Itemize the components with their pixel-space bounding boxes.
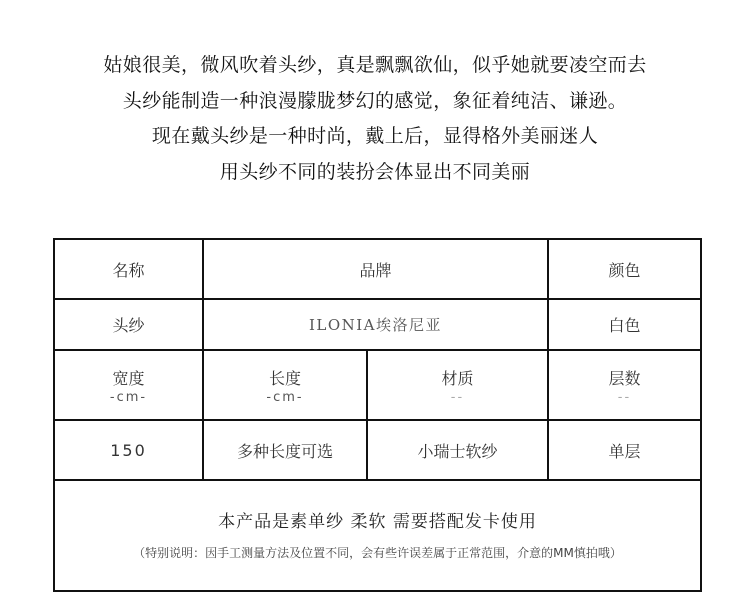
intro-line-3: 现在戴头纱是一种时尚，戴上后，显得格外美丽迷人 [0, 119, 750, 155]
width-unit: -cm- [110, 390, 147, 405]
cell-note: 本产品是素单纱 柔软 需要搭配发卡使用 （特别说明：因手工测量方法及位置不同，会… [55, 481, 700, 590]
header-cell-color: 颜色 [547, 240, 700, 298]
measurement-disclaimer: （特别说明：因手工测量方法及位置不同，会有些许误差属于正常范围，介意的MM慎拍哦… [133, 544, 622, 561]
width-value: 150 [110, 441, 147, 460]
cell-width-header: 宽度 -cm- [55, 351, 202, 419]
color-label: 颜色 [608, 258, 640, 281]
cell-layers-header: 层数 -- [547, 351, 700, 419]
length-value: 多种长度可选 [237, 439, 333, 462]
layers-unit: -- [618, 390, 631, 405]
cell-width-value: 150 [55, 421, 202, 479]
length-label: 长度 [269, 366, 301, 389]
width-label: 宽度 [112, 366, 144, 389]
table-row-note: 本产品是素单纱 柔软 需要搭配发卡使用 （特别说明：因手工测量方法及位置不同，会… [55, 481, 700, 590]
product-color: 白色 [608, 313, 640, 336]
table-row-spec-header: 宽度 -cm- 长度 -cm- 材质 -- 层数 -- [55, 351, 700, 421]
intro-line-2: 头纱能制造一种浪漫朦胧梦幻的感觉，象征着纯洁、谦逊。 [0, 84, 750, 120]
name-label: 名称 [112, 258, 144, 281]
intro-text-block: 姑娘很美，微风吹着头纱，真是飘飘欲仙，似乎她就要凌空而去 头纱能制造一种浪漫朦胧… [0, 48, 750, 190]
intro-line-1: 姑娘很美，微风吹着头纱，真是飘飘欲仙，似乎她就要凌空而去 [0, 48, 750, 84]
layers-label: 层数 [608, 366, 640, 389]
table-row-spec-values: 150 多种长度可选 小瑞士软纱 单层 [55, 421, 700, 481]
product-spec-table: 名称 品牌 颜色 头纱 ILONIA埃洛尼亚 白色 宽度 -cm- 长度 -cm… [53, 238, 702, 592]
cell-material-header: 材质 -- [366, 351, 547, 419]
header-cell-brand: 品牌 [202, 240, 547, 298]
cell-material-value: 小瑞士软纱 [366, 421, 547, 479]
cell-layers-value: 单层 [547, 421, 700, 479]
header-cell-name: 名称 [55, 240, 202, 298]
usage-note: 本产品是素单纱 柔软 需要搭配发卡使用 [218, 507, 537, 532]
cell-length-value: 多种长度可选 [202, 421, 366, 479]
table-header-row: 名称 品牌 颜色 [55, 240, 700, 300]
cell-product-color: 白色 [547, 300, 700, 349]
product-brand: ILONIA埃洛尼亚 [309, 314, 442, 335]
length-unit: -cm- [266, 390, 303, 405]
cell-length-header: 长度 -cm- [202, 351, 366, 419]
cell-product-brand: ILONIA埃洛尼亚 [202, 300, 547, 349]
material-unit: -- [451, 390, 464, 405]
brand-label: 品牌 [359, 258, 391, 281]
table-row-product: 头纱 ILONIA埃洛尼亚 白色 [55, 300, 700, 351]
intro-line-4: 用头纱不同的装扮会体显出不同美丽 [0, 155, 750, 191]
material-value: 小瑞士软纱 [417, 439, 497, 462]
material-label: 材质 [441, 366, 473, 389]
cell-product-name: 头纱 [55, 300, 202, 349]
layers-value: 单层 [608, 439, 640, 462]
product-name: 头纱 [112, 313, 144, 336]
